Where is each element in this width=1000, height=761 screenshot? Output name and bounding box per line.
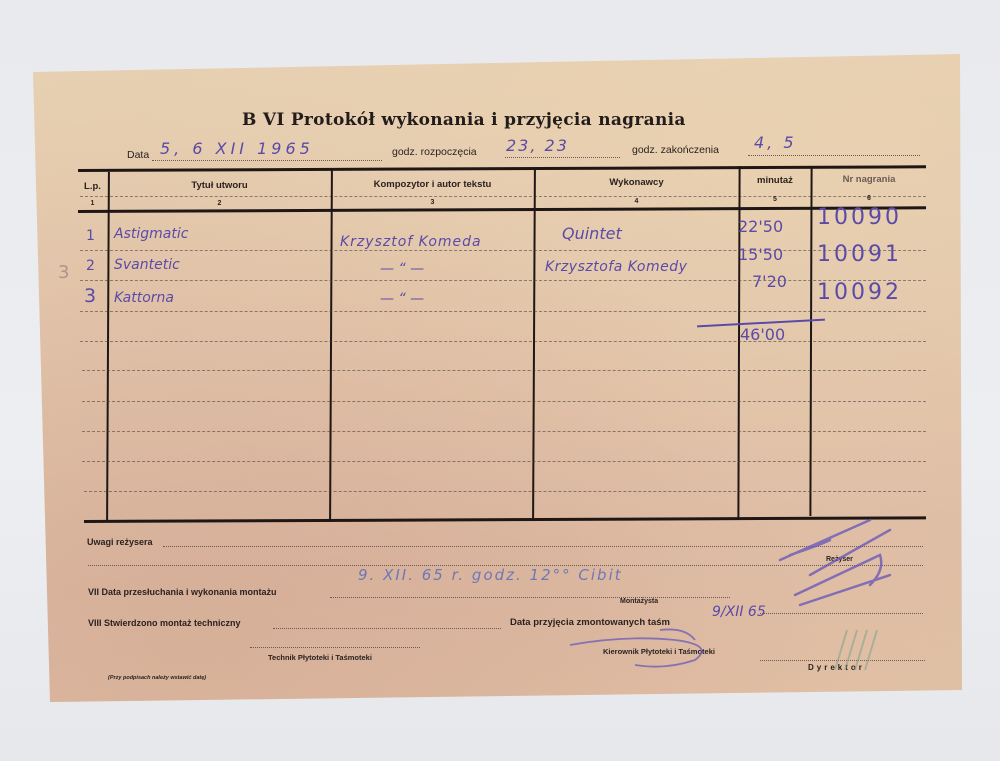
- row-title: Astigmatic: [114, 226, 188, 242]
- column-number-5: 5: [740, 196, 810, 203]
- row-composer: — “ —: [380, 291, 424, 307]
- document-title: B VI Protokół wykonania i przyjęcia nagr…: [242, 110, 686, 130]
- start-time-dotted-line: [505, 157, 620, 158]
- row-line: [82, 461, 926, 462]
- date-value: 5, 6 XII 1965: [160, 139, 314, 158]
- director-signature-scribble: [760, 515, 900, 615]
- end-time-dotted-line: [748, 155, 920, 156]
- protocol-document: B VI Protokół wykonania i przyjęcia nagr…: [0, 0, 1000, 761]
- column-header-recording-number: Nr nagrania: [812, 174, 926, 185]
- margin-pencil-note: 3: [58, 262, 69, 283]
- technician-signature-line: [250, 647, 420, 648]
- row-lp: 1: [86, 228, 95, 244]
- footnote: (Przy podpisach należy wstawić datę): [108, 675, 206, 681]
- row-line: [80, 280, 926, 281]
- column-number-1: 1: [78, 200, 107, 207]
- column-header-performers: Wykonawcy: [535, 177, 738, 188]
- section8-label: VIII Stwierdzono montaż techniczny: [88, 618, 241, 628]
- row-lp: 2: [86, 258, 95, 274]
- row-line: [82, 431, 926, 432]
- row-lp: 3: [84, 285, 96, 307]
- date-label: Data: [127, 149, 149, 161]
- row-line: [80, 341, 926, 342]
- row-composer: Krzysztof Komeda: [340, 234, 482, 250]
- row-duration: 7'20: [752, 272, 787, 291]
- row-line: [82, 370, 926, 371]
- acceptance-date-value: 9/XII 65: [712, 604, 766, 620]
- row-line: [80, 250, 926, 251]
- row-line: [80, 311, 926, 312]
- column-header-duration: minutaż: [740, 175, 810, 186]
- row-recording-number: 10092: [817, 280, 902, 305]
- total-duration: 46'00: [740, 325, 785, 344]
- start-time-label: godz. rozpoczęcia: [392, 146, 477, 158]
- row-performers: Krzysztofa Komedy: [545, 259, 687, 275]
- column-number-2: 2: [109, 200, 330, 207]
- section7-value: 9. XII. 65 r. godz. 12°° Cibit: [358, 566, 623, 584]
- row-title: Kattorna: [114, 290, 174, 306]
- row-title: Svantetic: [114, 257, 180, 273]
- end-time-value: 4, 5: [754, 133, 797, 152]
- column-header-lp: L.p.: [78, 181, 107, 192]
- section8-dotted-line: [273, 628, 501, 629]
- column-number-6: 6: [812, 195, 926, 202]
- section7-label: VII Data przesłuchania i wykonania monta…: [88, 587, 277, 597]
- row-performers: Quintet: [562, 224, 622, 243]
- start-time-value: 23, 23: [506, 136, 569, 155]
- director-stamp-marks: [825, 625, 885, 675]
- row-duration: 22'50: [738, 217, 783, 236]
- row-recording-number: 10090: [817, 205, 902, 230]
- row-line: [82, 401, 926, 402]
- section7-dotted-line: [330, 597, 730, 598]
- column-number-4: 4: [535, 198, 738, 205]
- manager-signature-scribble: [565, 625, 735, 675]
- column-header-composer: Kompozytor i autor tekstu: [332, 179, 533, 190]
- end-time-label: godz. zakończenia: [632, 144, 719, 156]
- row-composer: — “ —: [380, 261, 424, 277]
- column-number-3: 3: [332, 199, 533, 206]
- row-duration: 15'50: [738, 245, 783, 264]
- row-recording-number: 10091: [817, 242, 902, 267]
- editor-label: Montażysta: [620, 598, 658, 605]
- technician-label: Technik Płytoteki i Taśmoteki: [268, 653, 372, 662]
- row-line: [84, 491, 926, 492]
- column-header-title: Tytuł utworu: [109, 180, 330, 191]
- remarks-label: Uwagi reżysera: [87, 537, 153, 547]
- date-dotted-line: [152, 160, 382, 161]
